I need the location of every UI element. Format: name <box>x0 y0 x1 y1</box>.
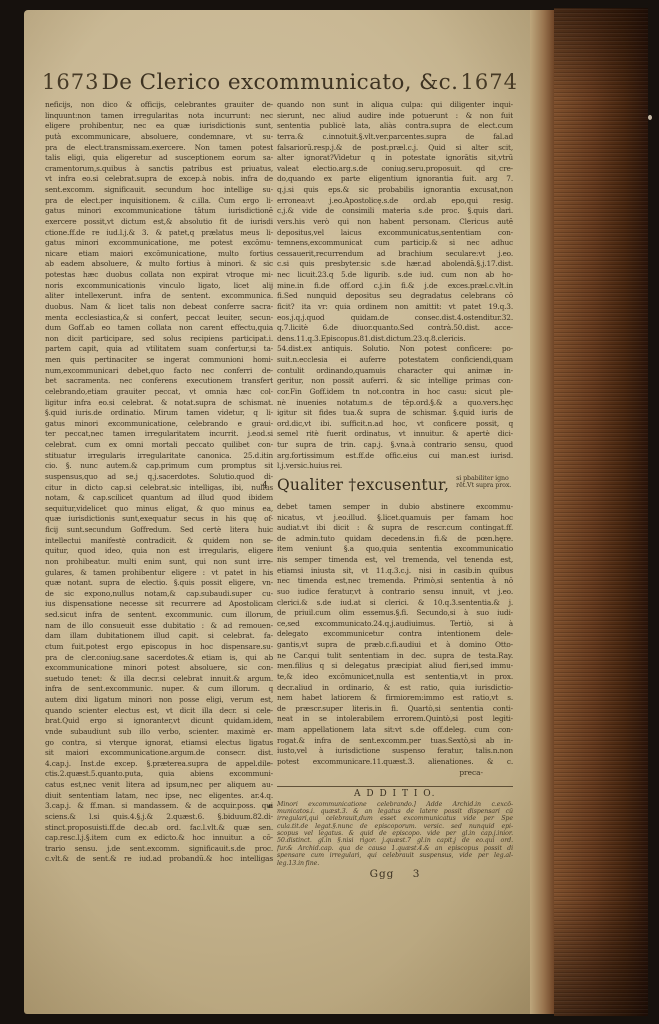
text-line: 3.cap.j. & ff.man. si mandassem. & de ac… <box>45 801 273 812</box>
text-line: c.si quis presbyter.sic s.de hær.ad abol… <box>277 259 513 270</box>
text-line: notam, & cap.scilicet quantum ad illud q… <box>45 493 273 504</box>
text-line: menta ecclesiastica,& si confert, peccat… <box>45 313 273 324</box>
text-line: arg.fortissimum est.ff.de offic.eius cui… <box>277 451 513 462</box>
left-text-column: neficijs, non dico & officijs, celebrant… <box>45 100 273 865</box>
page-number-left: 1673 <box>42 70 99 94</box>
text-line: delegato excommunicetur contra intention… <box>277 629 513 640</box>
text-line: cramentorum,s.quibus à sanctis patribus … <box>45 164 273 175</box>
text-line: pra de cler.coniug.sane sacerdotes.& eti… <box>45 653 273 664</box>
text-line: eligere prohibentur, nec ea quæ iurisdic… <box>45 121 273 132</box>
text-line: nam de illo consueuit esse dubitatio : &… <box>45 621 273 632</box>
text-line: nis semper timenda est, vel tremenda, ve… <box>277 555 513 566</box>
text-line: cessauerit,recurrendum ad brachium secul… <box>277 249 513 260</box>
text-line: celebrat. cum ex omni mortali peccato qu… <box>45 440 273 451</box>
text-line: depositus,vel laicus excommunicatus,sent… <box>277 228 513 239</box>
text-line: spensare cum irregulari, qui celebrauit … <box>277 852 513 859</box>
text-line: dens.11.q.3.Episcopus.81.dist.dictum.23.… <box>277 334 513 345</box>
text-line: sent.excomm. significauit. secundum hoc … <box>45 185 273 196</box>
text-line: nec licuit.23.q 5.de ligurib. s.de iud. … <box>277 270 513 281</box>
text-line: erronea:vt j.eo.Apostolicę.s.de ord.ab e… <box>277 196 513 207</box>
text-line: fi.Sed nunquid depositus seu degradatus … <box>277 291 513 302</box>
text-line: Minori excommunicatione celebrando.] Add… <box>277 801 513 808</box>
text-line: leg.13.in fine. <box>277 860 513 867</box>
text-line: te,& ideo excōmunicet,nulla est sententi… <box>277 672 513 683</box>
text-line: decr.aliud in ordinario, & est ratio, qu… <box>277 683 513 694</box>
text-line: aliter intellexerunt. infra de sentent. … <box>45 291 273 302</box>
additio-lines: Minori excommunicatione celebrando.] Add… <box>277 801 513 868</box>
text-line: men quis pertinaciter se ingerat communi… <box>45 355 273 366</box>
text-line: mam appellationem lata sit:vt s.de off.d… <box>277 725 513 736</box>
text-line: suetudo tenet: & illa decr.si celebrat i… <box>45 674 273 685</box>
text-line: noris excommunicationis vinculo ligato, … <box>45 281 273 292</box>
text-line: ter peccat,nec tamen irregularitatem inc… <box>45 429 273 440</box>
text-line: trario sensu. j.de sent.excomm. signific… <box>45 844 273 855</box>
text-line: mine.in fi.de off.ord c.j.in fi.& j.de e… <box>277 281 513 292</box>
right-text-column: quando non sunt in aliqua culpa: qui dil… <box>277 100 513 880</box>
text-line: nec timenda est,nec tremenda. Primò,si s… <box>277 576 513 587</box>
text-line: gatus minori excommunicatione tātum iuri… <box>45 206 273 217</box>
text-line: potest excommunicare.11.quæst.3. alienat… <box>277 757 513 768</box>
text-line: celebrando,etiam grauiter peccat, vt omn… <box>45 387 273 398</box>
text-line: linquunt:non tamen irregularitas nota in… <box>45 111 273 122</box>
text-line: gatus minori excommunicatione, celebrand… <box>45 419 273 430</box>
text-line: citur in dicto cap.si celebrat.sic intel… <box>45 483 273 494</box>
text-line: non dicit participare, sed solus recipie… <box>45 334 273 345</box>
text-line: vers.his verò qui non habent personam. C… <box>277 217 513 228</box>
text-line: stinct.proposuisti.ff.de dec.ab ord. fac… <box>45 823 273 834</box>
text-line: de præscr.super literis.in fi. Quartò,si… <box>277 704 513 715</box>
text-line: pra de elect.per inquisitionem. & c.illa… <box>45 196 273 207</box>
text-line: dam illam dubitationem illud capit. si c… <box>45 631 273 642</box>
text-line: alter ignorat?Videtur q in potestate ign… <box>277 153 513 164</box>
signature-mark: Ggg 3 <box>277 868 513 880</box>
text-line: partem capit, quia ad vtilitatem suam co… <box>45 344 273 355</box>
text-line: brat.Quid ergo si ignoranter,vt dicunt q… <box>45 716 273 727</box>
text-line: duobus. Nam & licet talis non debeat con… <box>45 302 273 313</box>
text-line: suit.n.ecclesia ei auferre potestatem co… <box>277 355 513 366</box>
text-line: de admin.tuto quidam decedens.in fi.& de… <box>277 534 513 545</box>
text-line: vt infra eo.si celebrat.supra de excep.à… <box>45 174 273 185</box>
text-line: neficijs, non dico & officijs, celebrant… <box>45 100 273 111</box>
page-header: 1673 De Clerico excommunicato, &c. 1674 <box>42 70 518 95</box>
text-line: 50.distinct. gl.in §.nisi rigor. j.quæst… <box>277 837 513 844</box>
text-line: q.j.si quis eps.& sic probabilis ignoran… <box>277 185 513 196</box>
text-line: temnens,excommunicat cum particip.& si n… <box>277 238 513 249</box>
text-line: quando non sunt in aliqua culpa: qui dil… <box>277 100 513 111</box>
additio-margin-mark: e <box>268 802 272 810</box>
text-line: quæ notant. supra de electio. §.quis pos… <box>45 578 273 589</box>
text-line: infra de sent.excommunic. nuper. & cum i… <box>45 684 273 695</box>
text-line: sierunt, nec aliud audire inde potuerunt… <box>277 111 513 122</box>
text-line: dum Goff.ab eo tamen collata non carent … <box>45 323 273 334</box>
text-line: c.vlt.& de sent.& re iud.ad probandū.& h… <box>45 854 273 865</box>
text-line: igitur sit fides tua.& supra de schismar… <box>277 408 513 419</box>
text-line: ius dispensatione necesse sit recurrere … <box>45 599 273 610</box>
text-line: de priuil.cum olim essemus.§.fi. Secundo… <box>277 608 513 619</box>
text-line: potestas hæc duobus collata non expirat … <box>45 270 273 281</box>
gloss-line-1: si pbabiliter igno <box>456 475 511 482</box>
text-line: diuit sententiam latam, nec ipse, nec el… <box>45 791 273 802</box>
text-line: falsariorū.resp.j.& de post.præl.c.j. Qu… <box>277 143 513 154</box>
text-line: 54.dist.ex antiquis. Solutio. Non potest… <box>277 344 513 355</box>
text-line: etiamsi iniusta sit, vt 11.q.3.c.j. nisi… <box>277 566 513 577</box>
running-title: De Clerico excommunicato, &c. <box>99 70 460 95</box>
catchword: preca- <box>277 768 513 779</box>
text-line: l.j.versic.huius rei. <box>277 461 513 472</box>
text-line: quitur, quod ideo, quia non est irregula… <box>45 546 273 557</box>
text-line: stituatur irregularis irregularitate can… <box>45 451 273 462</box>
text-line: 4.cap.j. Inst.de excep. §.præterea.supra… <box>45 759 273 770</box>
scan-artifact-speck <box>648 115 652 120</box>
text-line: nicatus, vt j.eo.illud. §.licet.quamuis … <box>277 513 513 524</box>
text-line: irregulari,qui celebrauit,dum esset exco… <box>277 815 513 822</box>
text-line: catus est,nec venit litera ad ipsum,nec … <box>45 780 273 791</box>
book-fore-edge <box>554 8 648 1016</box>
text-line: exercere possit,vt dictum est,& absoluti… <box>45 217 273 228</box>
page-curve-shadow <box>530 10 554 1014</box>
text-line: suspensus,quo ad se.j q.j.sacerdotes. So… <box>45 472 273 483</box>
text-line: scopus vel legatus. & quid de episcopo. … <box>277 830 513 837</box>
text-line: talis eligi, quia eligeretur ad suscepti… <box>45 153 273 164</box>
text-line: bet sacramenta. nec conferens executione… <box>45 376 273 387</box>
paragraph-number: 4 <box>262 481 268 491</box>
text-line: cor.Fin Goff.idem tn not.contra in hoc c… <box>277 387 513 398</box>
text-line: go contra, si vterque ignorat, etiamsi e… <box>45 738 273 749</box>
additio-heading: A D D I T I O. <box>277 789 513 800</box>
text-line: pra de elect.transmissam.exercere. Non t… <box>45 143 273 154</box>
text-line: cula.tit.de legat.§.nunc de episcoporum.… <box>277 823 513 830</box>
text-line: neat in se intolerabilem errorem.Quintò,… <box>277 714 513 725</box>
text-line: sed.sicut infra de sentent. excommunic. … <box>45 610 273 621</box>
text-line: non prohibeatur. multi enim sunt, qui no… <box>45 557 273 568</box>
text-line: nè inuenies notatum.s de tēp.ord.§.& a q… <box>277 398 513 409</box>
right-column-part2: debet tamen semper in dubio abstinere ex… <box>277 502 513 768</box>
text-line: do,quando ex parte eligentium ignorantia… <box>277 174 513 185</box>
text-line: tur supra de trin. cap.j. §.vna.à contra… <box>277 440 513 451</box>
text-line: cio. §. nunc autem.& cap.primum cum prom… <box>45 461 273 472</box>
text-line: intellectui manifestè contradicit. & qui… <box>45 536 273 547</box>
text-line: debet tamen semper in dubio abstinere ex… <box>277 502 513 513</box>
text-line: geritur, non possit auferri. & sic intel… <box>277 376 513 387</box>
text-line: iusto,vel à iurisdictione suspenso ferat… <box>277 746 513 757</box>
gloss-line-2: rēt.Vt supra prox. <box>456 482 511 489</box>
text-line: vnde subaudiunt sub illo verbo, scienter… <box>45 727 273 738</box>
text-line: valeat electio.arg.s.de coniug.seru.prop… <box>277 164 513 175</box>
text-line: sententia publicè lata, aliàs contra.sup… <box>277 121 513 132</box>
text-line: q.7.licitè 6.de diuor.quanto.Sed contrà.… <box>277 323 513 334</box>
text-line: ficit? ita vr: quia ordinem non amittit:… <box>277 302 513 313</box>
section-heading: 4 Qualiter †excusentur, si pbabiliter ig… <box>277 475 513 502</box>
text-line: fur.& Archid.cap. qua de causa 1.quæst.4… <box>277 845 513 852</box>
text-line: quando scienter electus est, vt dicit il… <box>45 706 273 717</box>
additio-body: e Minori excommunicatione celebrando.] A… <box>277 801 513 868</box>
text-line: eos.j.q.j.quod quidam.de consec.dist.4.o… <box>277 313 513 324</box>
text-line: rogat.& infra de sent.excomm.per tuas.Se… <box>277 736 513 747</box>
book-page: 1673 De Clerico excommunicato, &c. 1674 … <box>24 10 530 1014</box>
section-heading-gloss: si pbabiliter igno rēt.Vt supra prox. <box>456 475 511 489</box>
text-line: ctis.2.quæst.5.quanto.puta, quia abiens … <box>45 769 273 780</box>
text-line: ctione.ff.de re iud.l.j.& 3. & patet,q p… <box>45 228 273 239</box>
text-line: gatus minori excommunicatione, me potest… <box>45 238 273 249</box>
text-line: putà excommunicare, absoluere, condemnar… <box>45 132 273 143</box>
text-line: clerici.& s.de iud.at si clerici. & 10.q… <box>277 598 513 609</box>
text-line: suo iudice feratur,vt à contrario sensu … <box>277 587 513 598</box>
text-line: ctum fuit.potest ergo episcopus in hoc d… <box>45 642 273 653</box>
text-line: sit maiori excommunicatione.argum.de con… <box>45 748 273 759</box>
text-line: autem dixi ligatum minori non posse elig… <box>45 695 273 706</box>
text-line: nem habet latiorem & firmiorem:immo est … <box>277 693 513 704</box>
text-line: sequitur,videlicet quo minus eligat, & q… <box>45 504 273 515</box>
text-line: de sic expono,nullus notam,& cap.subaudi… <box>45 589 273 600</box>
text-line: terra.& c.innotuit.§.vlt.ver.parcentes.s… <box>277 132 513 143</box>
section-heading-text: Qualiter †excusentur, <box>277 476 449 494</box>
text-line: semel ritè fuerit ordinatus, vt innuitur… <box>277 429 513 440</box>
text-line: audiat.vt ibi dicit : & supra de rescr.c… <box>277 523 513 534</box>
text-line: ce,sed excommunicato.24.q.j.audiuimus. T… <box>277 619 513 630</box>
text-line: excommunicatione minori potest absoluere… <box>45 663 273 674</box>
book-scan: 1673 De Clerico excommunicato, &c. 1674 … <box>0 0 659 1024</box>
text-line: municatos.i. quæst.3. & an legatus de la… <box>277 808 513 815</box>
text-line: ord.dic,vt ibi. sufficit.n.ad hoc, vt co… <box>277 419 513 430</box>
text-line: item veniunt §.a quo,quia sententia exco… <box>277 544 513 555</box>
divider-rule <box>277 786 513 787</box>
text-line: cap.resc.l.j.§.item cum ex edicto.& hoc … <box>45 833 273 844</box>
text-line: nicare etiam maiori excōmunicatione, mul… <box>45 249 273 260</box>
text-line: gulares, & tamen prohibentur eligere : v… <box>45 568 273 579</box>
text-line: c.j.& vide de consimili materia s.de pro… <box>277 206 513 217</box>
text-line: ficij sunt.secundum Goffredum. Sed certè… <box>45 525 273 536</box>
text-line: ne Car.qui tulit sententiam in dec. supr… <box>277 651 513 662</box>
text-line: contulit ordinando,quamuis character qui… <box>277 366 513 377</box>
right-column-part1: quando non sunt in aliqua culpa: qui dil… <box>277 100 513 472</box>
text-line: gantis,vt supra de præb.c.fi.audiui et à… <box>277 640 513 651</box>
text-line: ab eadem absoluere, & multo fortius à mi… <box>45 259 273 270</box>
text-line: sciens.& l.si quis.4.§.j.& 2.quæst.6. §.… <box>45 812 273 823</box>
text-line: num,excommunicari debet,quo facto nec co… <box>45 366 273 377</box>
text-line: §.quid iuris.de ordinatio. Mirum tamen v… <box>45 408 273 419</box>
text-line: men.filius q si delegatus præcipiat aliu… <box>277 661 513 672</box>
text-line: quæ iurisdictionis sunt,exequatur secus … <box>45 514 273 525</box>
text-line: ligitur infra eo.si celebrat. & notat.su… <box>45 398 273 409</box>
page-number-right: 1674 <box>461 70 518 94</box>
